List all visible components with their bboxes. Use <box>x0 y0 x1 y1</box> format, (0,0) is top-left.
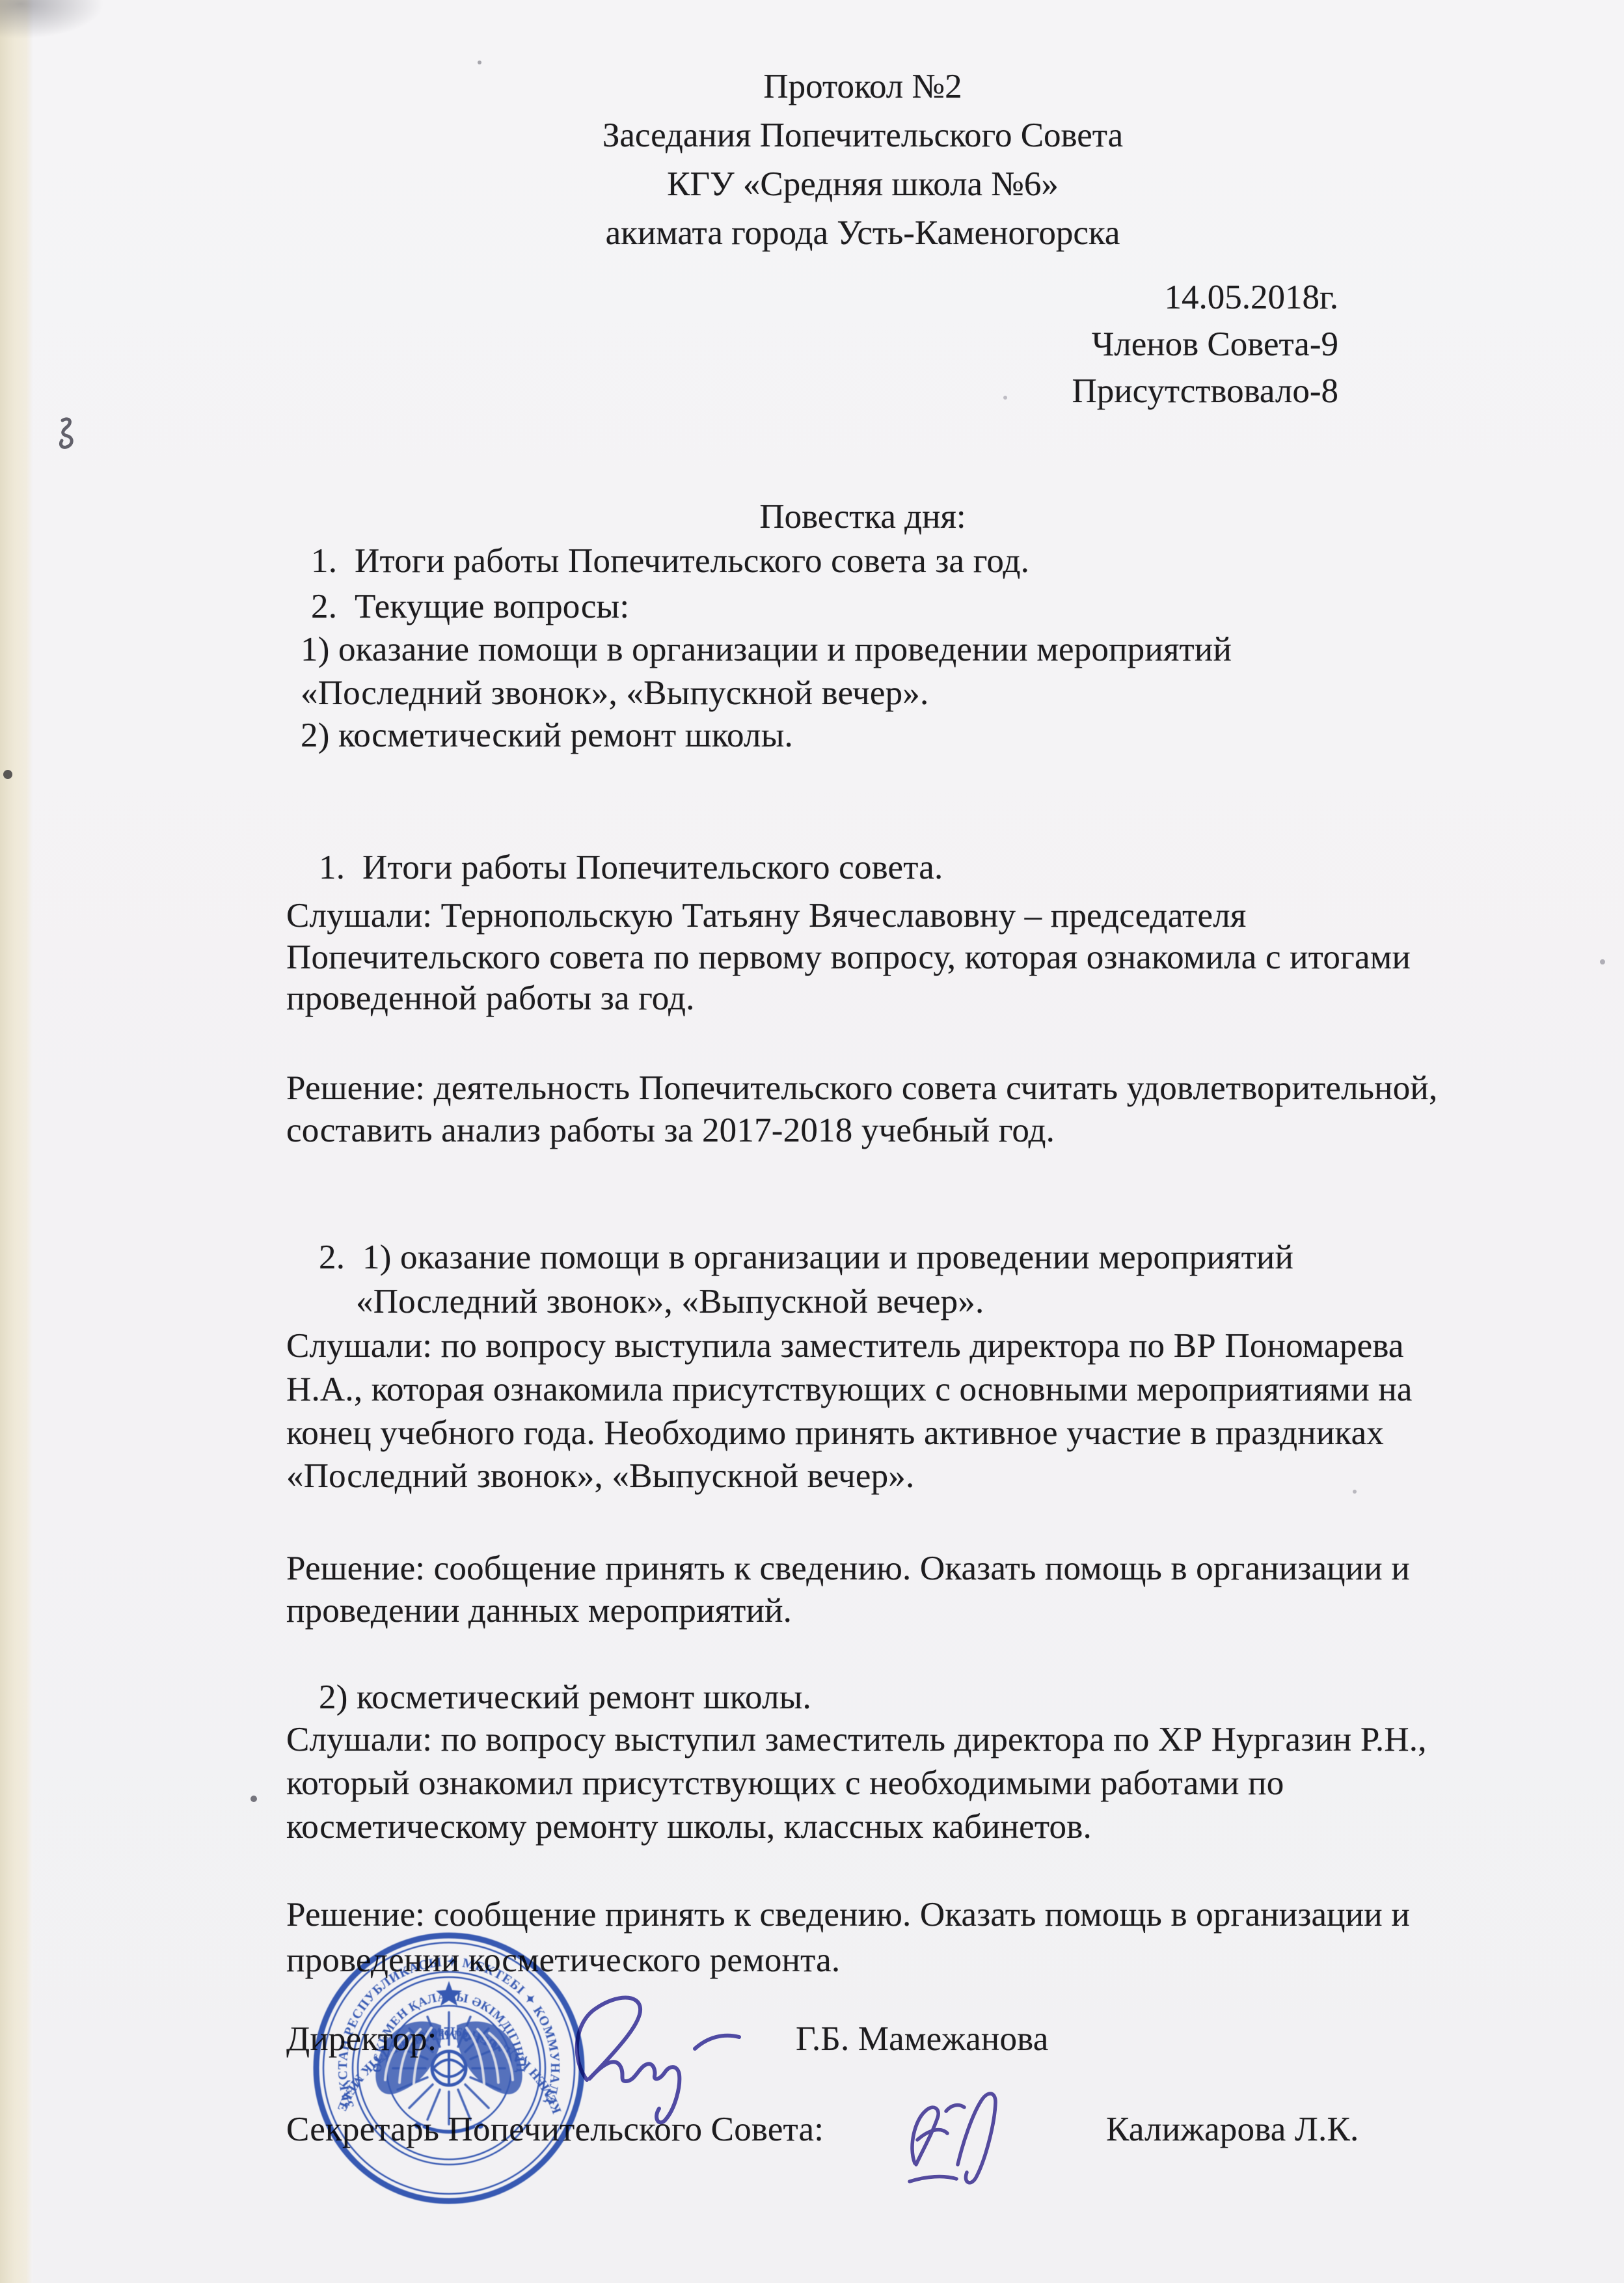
secretary-signature <box>910 2094 995 2183</box>
section2-heading-line-1: 2. 1) оказание помощи в организации и пр… <box>319 1237 1293 1279</box>
agenda-subitem-1-cont: «Последний звонок», «Выпускной вечер». <box>301 672 928 715</box>
official-seal-stamp: ҚАЗАҚСТАН РЕСПУБЛИКАСЫ ✦ МЕКТЕБІ ✦ КОММУ… <box>311 1930 587 2206</box>
document-title-block: Протокол №2 Заседания Попечительского Со… <box>286 62 1439 258</box>
title-line-3: КГУ «Средняя школа №6» <box>286 160 1439 209</box>
section3-heard-line-2: который ознакомил присутствующих с необх… <box>286 1762 1284 1805</box>
section2-heading-line-2: «Последний звонок», «Выпускной вечер». <box>356 1281 984 1323</box>
section1-heard-line-3: проведенной работы за год. <box>286 977 695 1020</box>
meta-block: 14.05.2018г. Членов Совета-9 Присутствов… <box>781 274 1338 415</box>
section1-decision-line-2: составить анализ работы за 2017-2018 уче… <box>286 1110 1055 1152</box>
section2-heard-line-4: «Последний звонок», «Выпускной вечер». <box>286 1455 914 1497</box>
scan-corner-smudge <box>0 0 104 39</box>
present-count: Присутствовало-8 <box>781 368 1338 415</box>
scan-edge-strip <box>0 0 33 2283</box>
agenda-subitem-2: 2) косметический ремонт школы. <box>301 715 793 757</box>
agenda-heading-text: Повестка дня: <box>286 493 1439 541</box>
section1-heard-line-2: Попечительского совета по первому вопрос… <box>286 936 1411 979</box>
section3-heard-line-1: Слушали: по вопросу выступил заместитель… <box>286 1719 1427 1761</box>
section2-decision-line-2: проведении данных мероприятий. <box>286 1590 792 1632</box>
section3-decision-line-1: Решение: сообщение принять к сведению. О… <box>286 1894 1410 1936</box>
section1-decision-line-1: Решение: деятельность Попечительского со… <box>286 1067 1437 1110</box>
section3-heading: 2) косметический ремонт школы. <box>319 1676 811 1719</box>
document-date: 14.05.2018г. <box>781 274 1338 321</box>
title-line-2: Заседания Попечительского Совета <box>286 111 1439 160</box>
section2-heard-line-1: Слушали: по вопросу выступила заместител… <box>286 1325 1404 1367</box>
secretary-name: Калижарова Л.К. <box>1106 2109 1359 2151</box>
scanned-protocol-page: Протокол №2 Заседания Попечительского Со… <box>0 0 1624 2283</box>
section2-decision-line-1: Решение: сообщение принять к сведению. О… <box>286 1548 1410 1590</box>
section1-heading: 1. Итоги работы Попечительского совета. <box>319 847 943 889</box>
agenda-subitem-1: 1) оказание помощи в организации и прове… <box>301 629 1232 671</box>
agenda-item-1: 1. Итоги работы Попечительского совета з… <box>311 540 1029 582</box>
section2-heard-line-2: Н.А., которая ознакомила присутствующих … <box>286 1369 1413 1411</box>
section2-heard-line-3: конец учебного года. Необходимо принять … <box>286 1412 1384 1455</box>
council-members-count: Членов Совета-9 <box>781 321 1338 368</box>
section1-heard-line-1: Слушали: Тернопольскую Татьяну Вячеславо… <box>286 895 1246 937</box>
director-name: Г.Б. Мамежанова <box>796 2018 1048 2060</box>
title-line-4: акимата города Усть-Каменогорска <box>286 209 1439 258</box>
agenda-item-2: 2. Текущие вопросы: <box>311 586 629 628</box>
agenda-heading: Повестка дня: <box>286 493 1439 541</box>
director-signature <box>577 1998 739 2123</box>
section3-heard-line-3: косметическому ремонту школы, классных к… <box>286 1806 1092 1848</box>
title-line-1: Протокол №2 <box>286 62 1439 111</box>
